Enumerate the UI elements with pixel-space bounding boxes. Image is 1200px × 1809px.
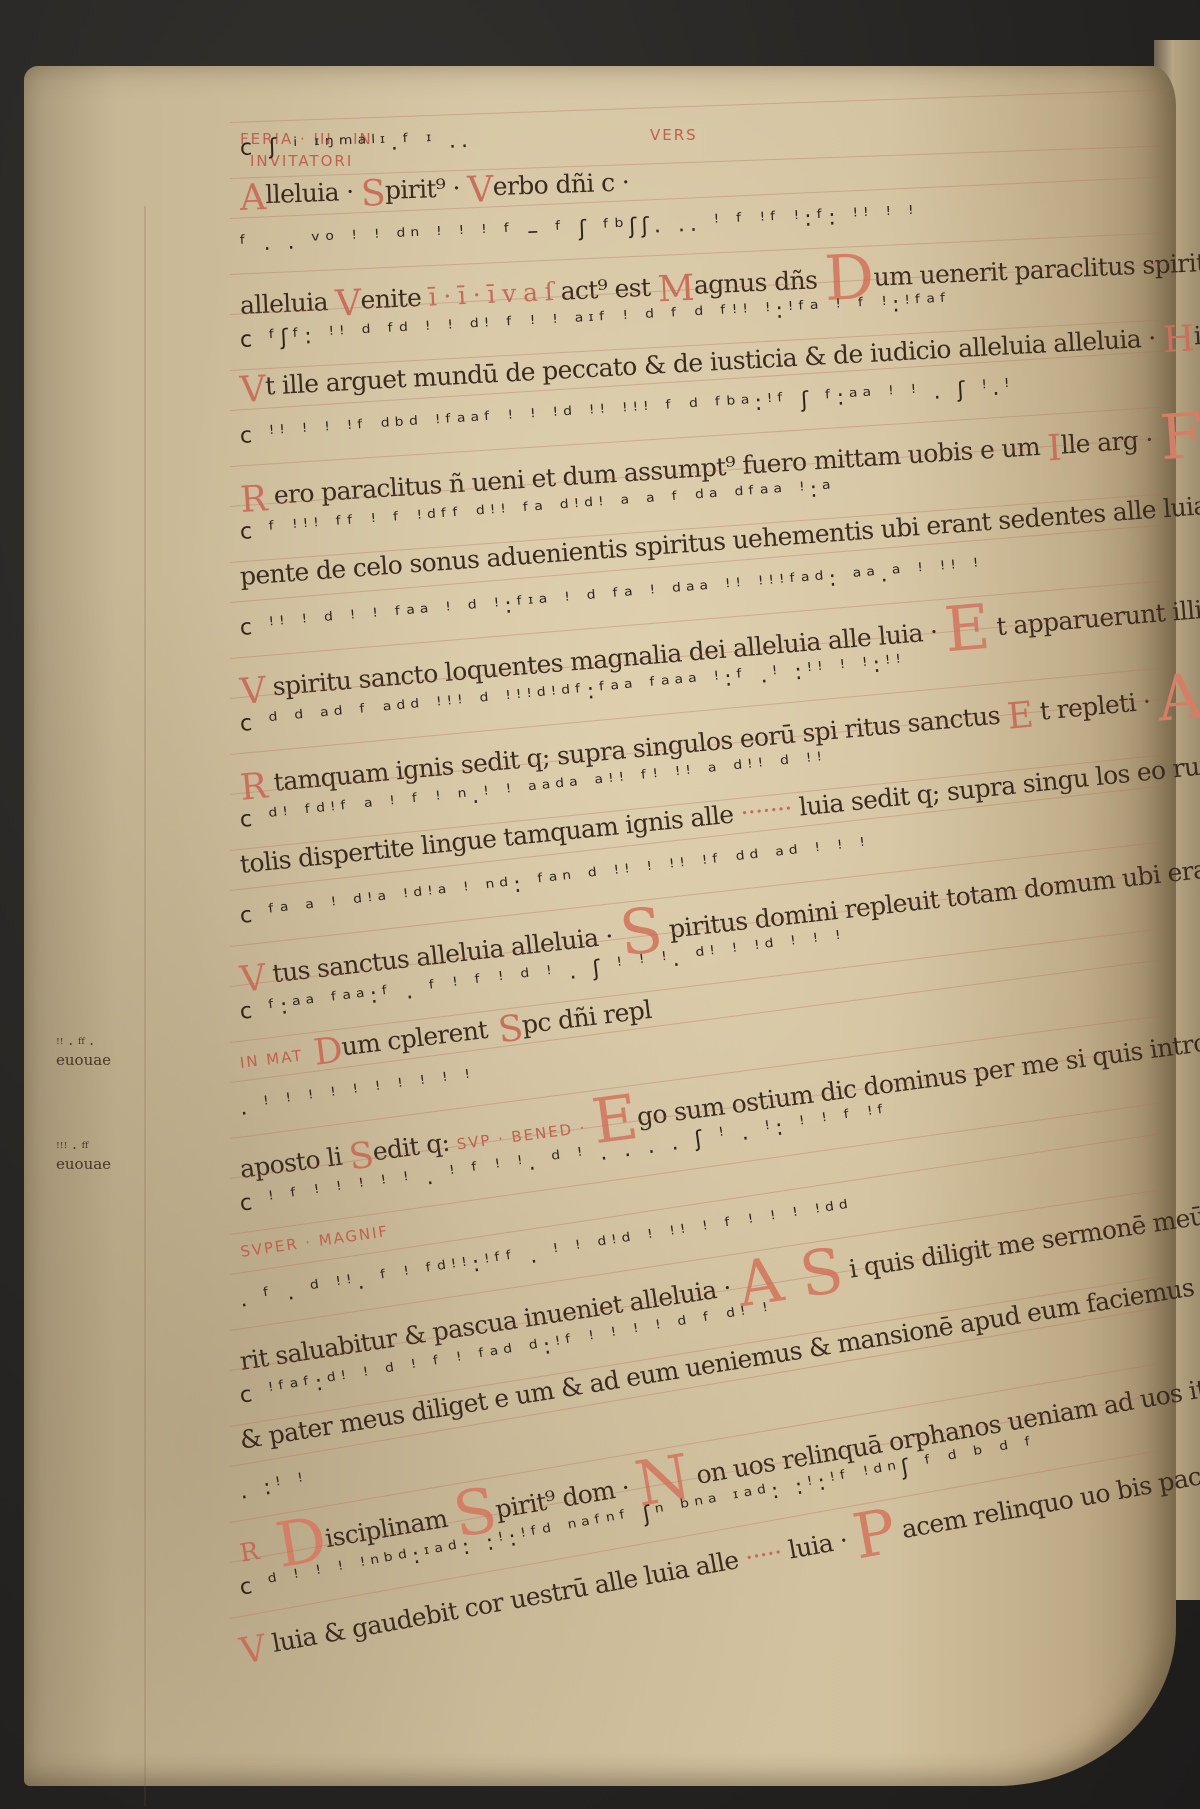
text-fragment: ic · · ego dic (1193, 314, 1200, 351)
text-fragment: alleluia (239, 287, 335, 320)
margin-note-text: euouae (56, 1156, 111, 1172)
chant-text-line: SVPER · MAGNIF (238, 1213, 390, 1263)
text-fragment: luia · (779, 1524, 857, 1566)
margin-note-text: euouae (56, 1052, 111, 1068)
text-fragment: t apparuerunt illis dispertite lingue (988, 577, 1200, 642)
chant-text-line: Alleluia · Spirit⁹ · Verbo dñi c · (239, 164, 630, 219)
margin-note-euouae-1: ꜝꜝ · ᶠᶠ · euouae (56, 1036, 111, 1068)
text-fragment: pc dñi repl (520, 995, 653, 1040)
chant-text-block: FERIA · III · IN INVITATORI VERS c ʃ ⁱ ᶦ… (240, 110, 1170, 1530)
margin-note-euouae-2: ꜝꜝꜝ · ᶠᶠ euouae (56, 1140, 111, 1172)
text-fragment: um uenerit paraclitus spiritus ueritatis (873, 242, 1200, 292)
text-fragment: i quis diligit me sermonē meū seruabit (840, 1185, 1200, 1285)
decorated-initial: E (1005, 695, 1034, 738)
decorated-initial: H (1162, 318, 1195, 361)
decorated-initial: R (239, 478, 268, 521)
rubric-text: ······· (739, 794, 793, 828)
rubric-text: ī · ī · ī v a ſ (428, 277, 561, 312)
leaf-fold-line (144, 206, 146, 1806)
decorated-initial: A (239, 177, 266, 219)
rubric-verse-label: VERS (650, 126, 698, 144)
decorated-initial: V (239, 670, 268, 713)
text-fragment: act⁹ est (560, 272, 658, 305)
text-fragment: go sum ostium dic dominus per me si quis… (635, 1021, 1200, 1131)
decorated-initial: S (360, 173, 385, 215)
decorated-initial: V (467, 169, 494, 211)
text-fragment: pirit⁹ · (384, 173, 467, 205)
decorated-initial: A (1154, 659, 1200, 736)
text-fragment: enite (360, 283, 429, 315)
margin-note-neumes: ꜝꜝ · ᶠᶠ · (56, 1036, 111, 1052)
decorated-initial: V (239, 369, 267, 411)
rubric-text: IN MAT (239, 1046, 304, 1072)
decorated-initial: R (238, 766, 268, 809)
text-fragment: erbo dñi c · (492, 167, 629, 201)
decorated-initial: P (848, 1494, 901, 1573)
text-fragment: um cplerent (340, 1015, 489, 1062)
neume-notation: . :ꜝ ꜝ (238, 1468, 311, 1504)
decorated-initial: V (334, 283, 361, 325)
margin-note-neumes: ꜝꜝꜝ · ᶠᶠ (56, 1140, 111, 1156)
rubric-text: ····· (743, 1537, 784, 1572)
rubric-text: SVPER · MAGNIF (239, 1222, 390, 1261)
text-fragment: lleluia · (265, 177, 362, 209)
